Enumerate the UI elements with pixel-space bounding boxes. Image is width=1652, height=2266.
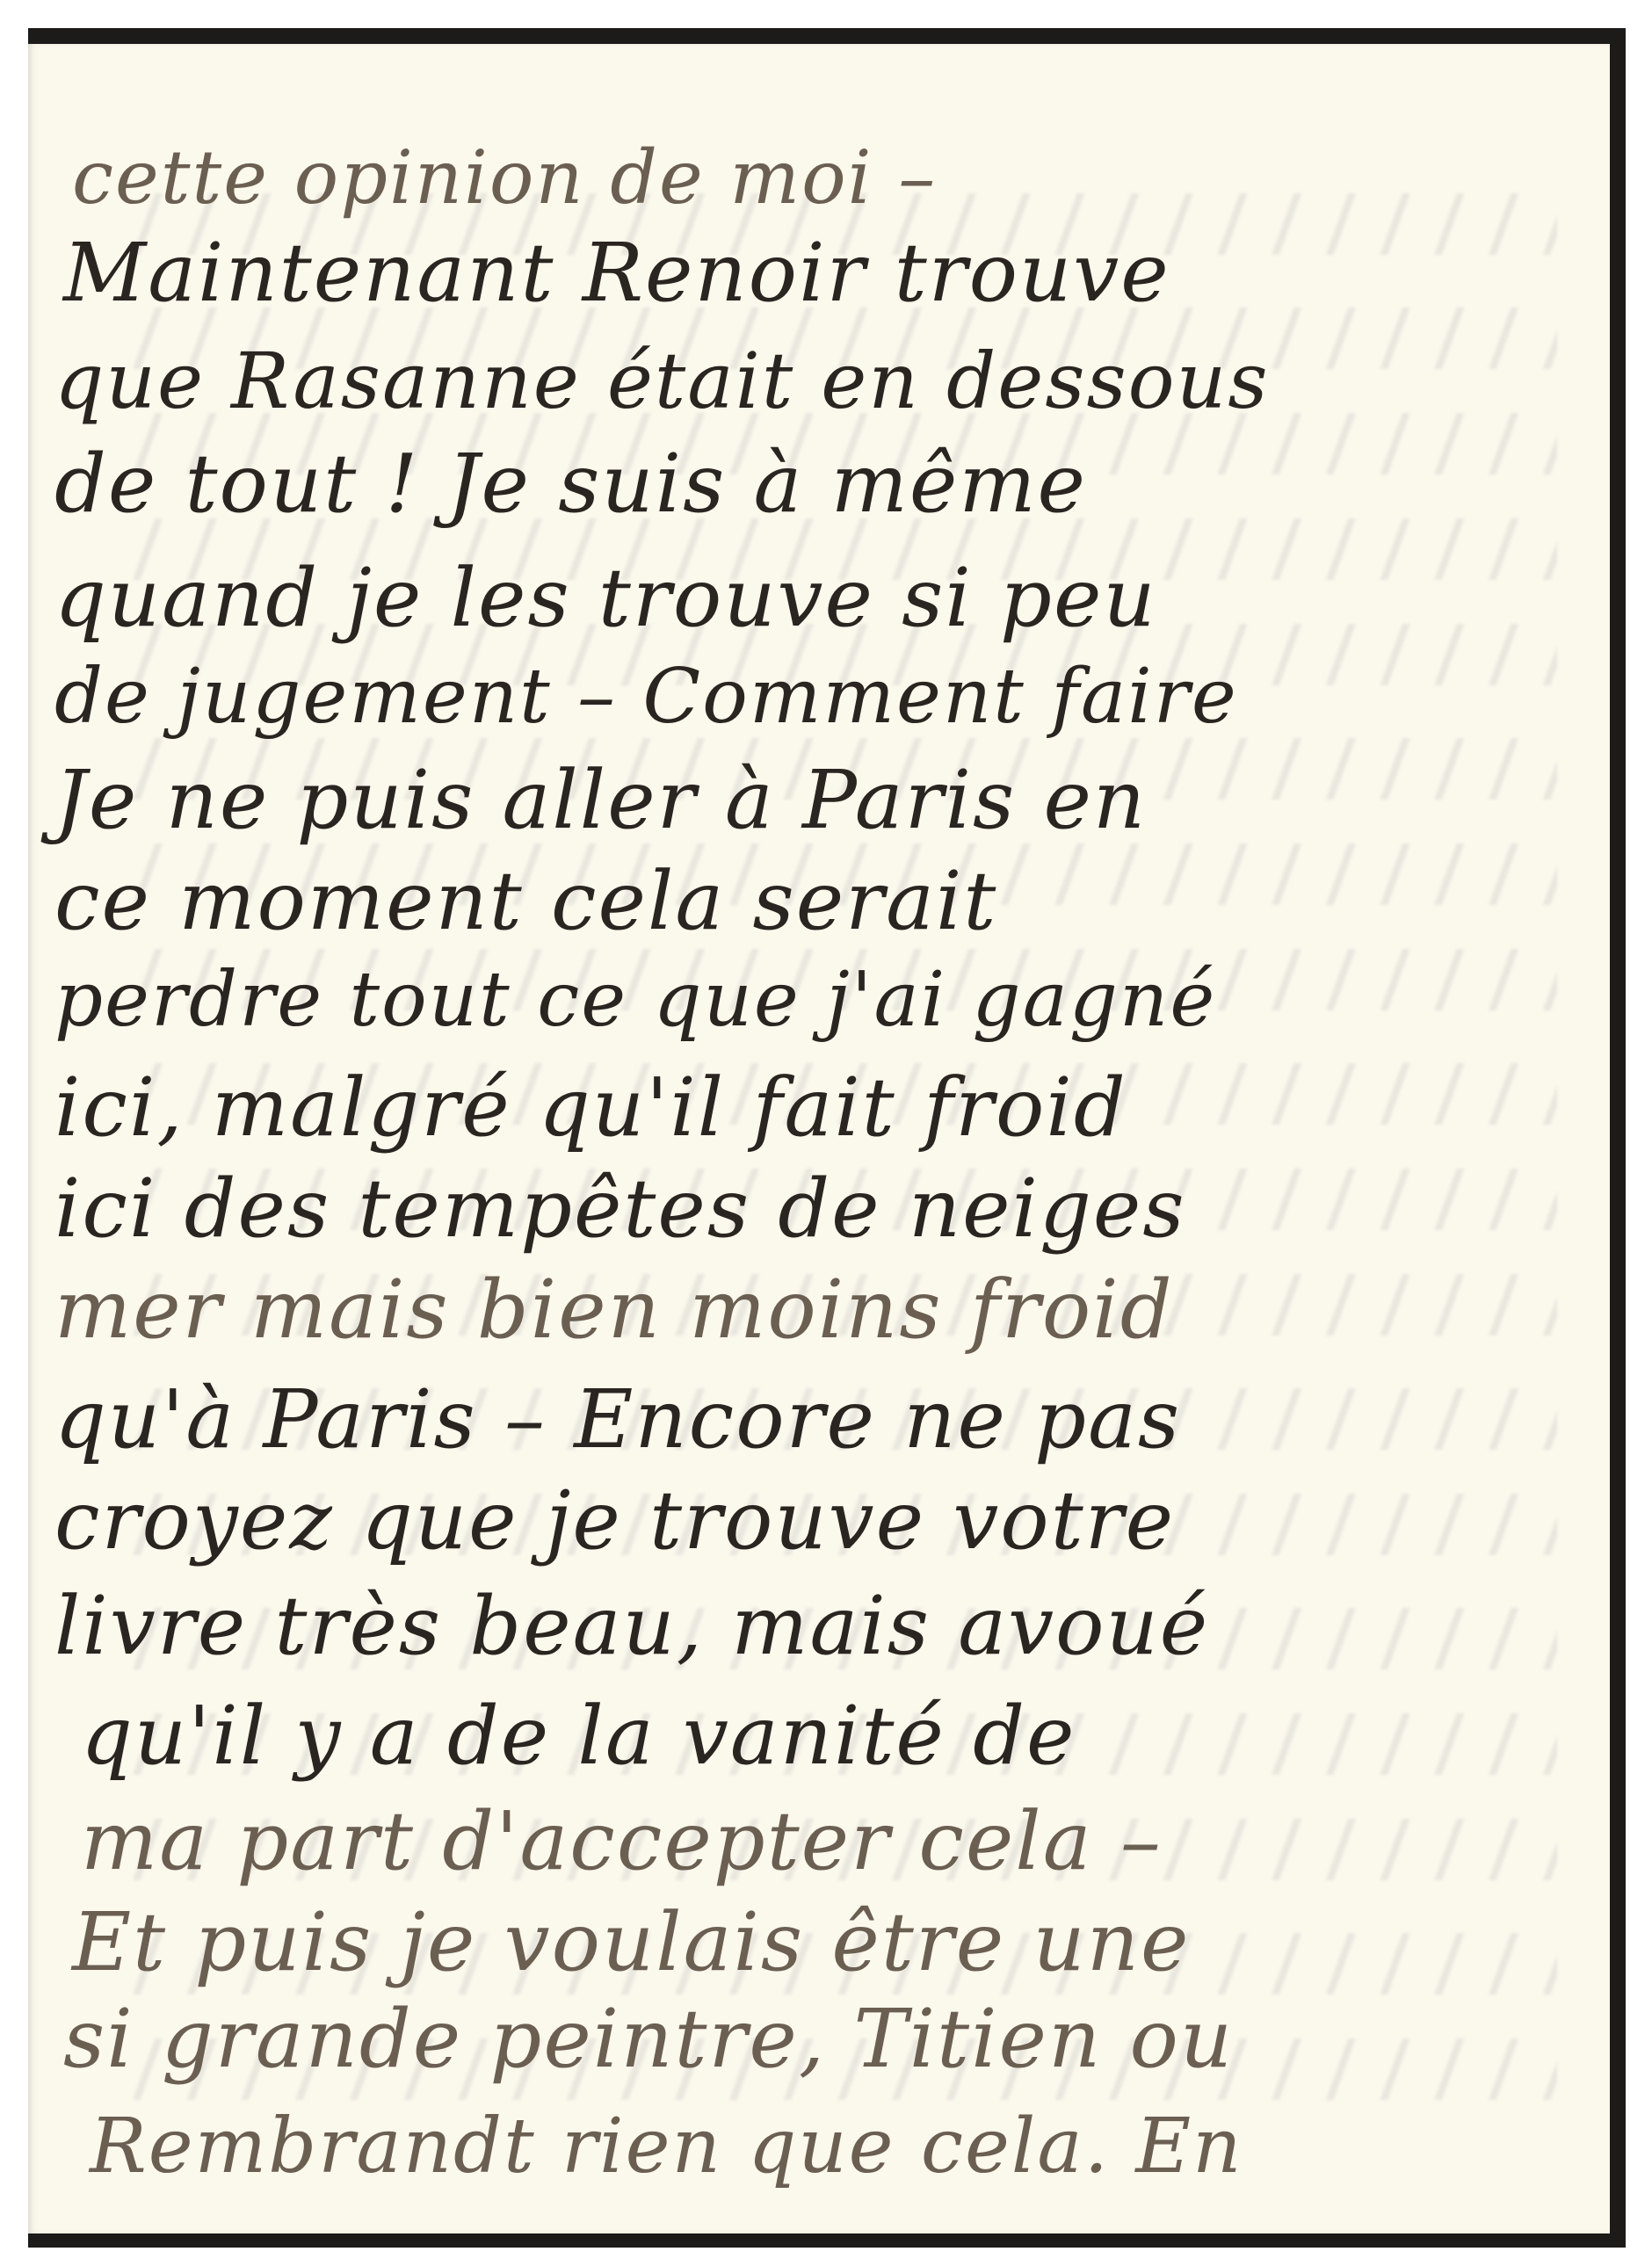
letter-line-18: Et puis je voulais être une <box>72 1902 1190 1983</box>
letter-line-2: Maintenant Renoir trouve <box>63 233 1170 314</box>
letter-line-6: de jugement – Comment faire <box>54 659 1238 735</box>
letter-line-4: de tout ! Je suis à même <box>54 444 1087 525</box>
letter-line-15: livre très beau, mais avoué <box>54 1586 1209 1667</box>
letter-line-12: mer mais bien moins froid <box>54 1270 1174 1350</box>
letter-line-10: ici, malgré qu'il fait froid <box>54 1068 1127 1148</box>
letter-line-9: perdre tout ce que j'ai gagné <box>54 962 1216 1038</box>
letter-line-11: ici des tempêtes de neiges <box>54 1169 1186 1249</box>
letter-line-7: Je ne puis aller à Paris en <box>54 760 1147 841</box>
letter-line-20: Rembrandt rien que cela. En <box>90 2109 1243 2184</box>
letter-sheet: cette opinion de moi – Maintenant Renoir… <box>28 28 1626 2248</box>
letter-line-17: ma part d'accepter cela – <box>81 1801 1163 1882</box>
letter-line-5: quand je les trouve si peu <box>54 558 1157 639</box>
letter-line-14: croyez que je trouve votre <box>54 1481 1175 1561</box>
letter-line-3: que Rasanne était en dessous <box>54 343 1270 420</box>
letter-line-19: si grande peintre, Titien ou <box>63 1999 1234 2080</box>
letter-line-13: qu'à Paris – Encore ne pas <box>54 1379 1181 1460</box>
handwritten-text: cette opinion de moi – Maintenant Renoir… <box>54 44 1583 2233</box>
letter-line-1: cette opinion de moi – <box>72 141 937 214</box>
letter-line-8: ce moment cela serait <box>54 861 997 942</box>
letter-line-16: qu'il y a de la vanité de <box>81 1696 1076 1777</box>
